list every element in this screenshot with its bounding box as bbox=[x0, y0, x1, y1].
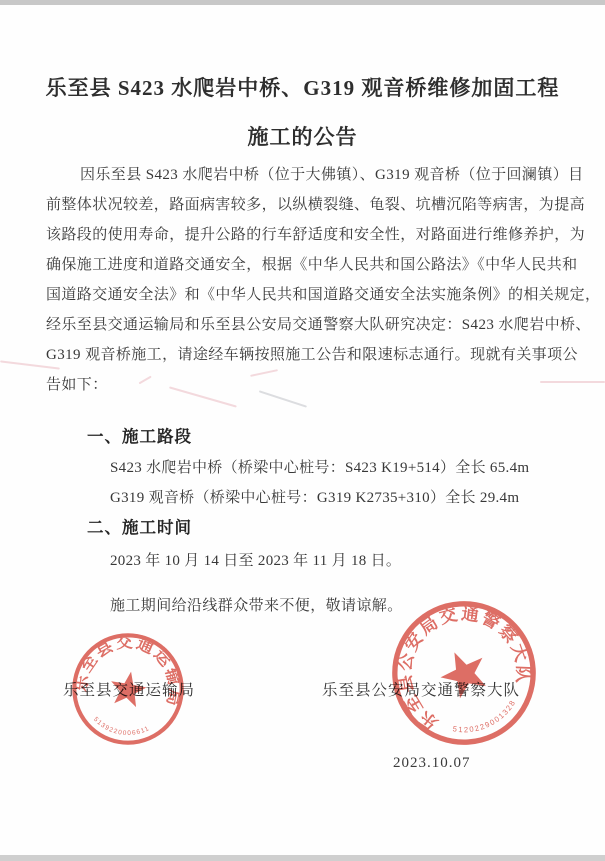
scan-artifact-mark bbox=[540, 381, 605, 383]
paragraph-line: 该路段的使用寿命，提升公路的行车舒适度和安全性，对路面进行维修养护，为 bbox=[46, 220, 566, 250]
star-icon bbox=[107, 668, 148, 708]
paragraph-line: 因乐至县 S423 水爬岩中桥（位于大佛镇）、G319 观音桥（位于回澜镇）目 bbox=[46, 160, 566, 190]
paragraph-line: 前整体状况较差，路面病害较多，以纵横裂缝、龟裂、坑槽沉陷等病害，为提高 bbox=[46, 190, 566, 220]
star-icon bbox=[433, 643, 493, 702]
document-title-line1: 乐至县 S423 水爬岩中桥、G319 观音桥维修加固工程 bbox=[0, 72, 605, 102]
document-title-line2: 施工的公告 bbox=[0, 121, 605, 151]
scan-edge-bottom bbox=[0, 855, 605, 861]
seal-code: 5139220006611 bbox=[90, 715, 152, 741]
paragraph-line: G319 观音桥施工，请途经车辆按照施工公告和限速标志通行。现就有关事项公 bbox=[46, 340, 566, 370]
section-heading-construction-time: 二、施工时间 bbox=[87, 514, 192, 538]
segment-detail-g319: G319 观音桥（桥梁中心桩号：G319 K2735+310）全长 29.4m bbox=[110, 486, 519, 507]
official-seal-transport-bureau: 乐至县交通运输局 5139220006611 bbox=[60, 621, 197, 758]
intro-paragraph: 因乐至县 S423 水爬岩中桥（位于大佛镇）、G319 观音桥（位于回澜镇）目 … bbox=[46, 160, 566, 400]
paragraph-line: 国道路交通安全法》和《中华人民共和国道路交通安全法实施条例》的相关规定， bbox=[46, 280, 566, 310]
paragraph-line: 确保施工进度和道路交通安全，根据《中华人民共和国公路法》《中华人民共和 bbox=[46, 250, 566, 280]
construction-date-range: 2023 年 10 月 14 日至 2023 年 11 月 18 日。 bbox=[110, 549, 401, 570]
svg-text:5139220006611: 5139220006611 bbox=[90, 715, 152, 741]
section-heading-construction-segment: 一、施工路段 bbox=[87, 423, 192, 447]
segment-detail-s423: S423 水爬岩中桥（桥梁中心桩号：S423 K19+514）全长 65.4m bbox=[110, 456, 529, 477]
scanned-notice-page: 乐至县 S423 水爬岩中桥、G319 观音桥维修加固工程 施工的公告 因乐至县… bbox=[0, 0, 605, 861]
paragraph-line: 经乐至县交通运输局和乐至县公安局交通警察大队研究决定：S423 水爬岩中桥、 bbox=[46, 310, 566, 340]
paragraph-line: 告如下： bbox=[46, 370, 566, 400]
scan-edge-top bbox=[0, 0, 605, 5]
closing-apology-line: 施工期间给沿线群众带来不便，敬请谅解。 bbox=[110, 594, 403, 615]
